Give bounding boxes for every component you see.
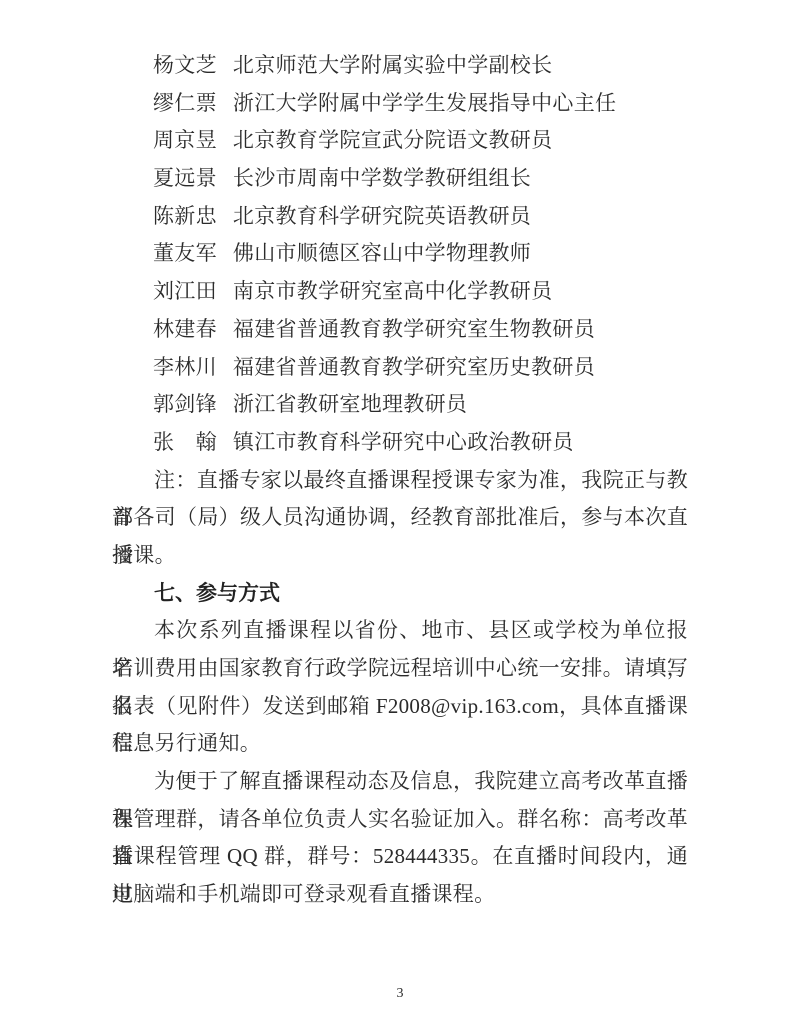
expert-name: 周京昱 <box>153 122 217 160</box>
expert-affiliation: 佛山市顺德区容山中学物理教师 <box>233 241 531 265</box>
expert-affiliation: 浙江省教研室地理教研员 <box>233 392 467 416</box>
expert-affiliation: 南京市教学研究室高中化学教研员 <box>233 279 553 303</box>
page-number: 3 <box>397 986 404 1001</box>
expert-row: 李林川福建省普通教育教学研究室历史教研员 <box>112 349 688 387</box>
expert-affiliation: 北京教育学院宣武分院语文教研员 <box>233 128 553 152</box>
paragraph-line: 电脑端和手机端即可登录观看直播课程。 <box>112 876 688 914</box>
expert-row: 周京昱北京教育学院宣武分院语文教研员 <box>112 122 688 160</box>
expert-row: 张 翰镇江市教育科学研究中心政治教研员 <box>112 424 688 462</box>
note-paragraph: 注：直播专家以最终直播课程授课专家为准，我院正与教育 部各司（局）级人员沟通协调… <box>112 462 688 575</box>
expert-name: 董友军 <box>153 235 217 273</box>
expert-row: 郭剑锋浙江省教研室地理教研员 <box>112 386 688 424</box>
document-page: 杨文芝北京师范大学附属实验中学副校长 缪仁票浙江大学附属中学学生发展指导中心主任… <box>0 0 800 1029</box>
note-line: 部各司（局）级人员沟通协调，经教育部批准后，参与本次直播 <box>112 499 688 537</box>
expert-row: 刘江田南京市教学研究室高中化学教研员 <box>112 273 688 311</box>
page-content: 杨文芝北京师范大学附属实验中学副校长 缪仁票浙江大学附属中学学生发展指导中心主任… <box>112 47 688 914</box>
paragraph-line: 信息另行通知。 <box>112 725 688 763</box>
expert-name: 陈新忠 <box>153 198 217 236</box>
paragraph-registration: 本次系列直播课程以省份、地市、县区或学校为单位报名， 培训费用由国家教育行政学院… <box>112 612 688 763</box>
note-line: 授课。 <box>112 537 688 575</box>
expert-name: 夏远景 <box>153 160 217 198</box>
expert-affiliation: 北京师范大学附属实验中学副校长 <box>233 53 553 77</box>
expert-row: 夏远景长沙市周南中学数学教研组组长 <box>112 160 688 198</box>
expert-row: 杨文芝北京师范大学附属实验中学副校长 <box>112 47 688 85</box>
expert-list: 杨文芝北京师范大学附属实验中学副校长 缪仁票浙江大学附属中学学生发展指导中心主任… <box>112 47 688 462</box>
expert-affiliation: 镇江市教育科学研究中心政治教研员 <box>233 430 574 454</box>
expert-name: 刘江田 <box>153 273 217 311</box>
expert-affiliation: 北京教育科学研究院英语教研员 <box>233 204 531 228</box>
expert-name: 张 翰 <box>153 424 217 462</box>
section-heading: 七、参与方式 <box>112 575 688 613</box>
paragraph-line: 本次系列直播课程以省份、地市、县区或学校为单位报名， <box>112 612 688 650</box>
paragraph-line: 程管理群，请各单位负责人实名验证加入。群名称：高考改革直 <box>112 801 688 839</box>
expert-name: 李林川 <box>153 349 217 387</box>
expert-affiliation: 浙江大学附属中学学生发展指导中心主任 <box>233 91 616 115</box>
expert-row: 缪仁票浙江大学附属中学学生发展指导中心主任 <box>112 85 688 123</box>
paragraph-line: 名表（见附件）发送到邮箱 F2008@vip.163.com，具体直播课程 <box>112 688 688 726</box>
expert-row: 陈新忠北京教育科学研究院英语教研员 <box>112 198 688 236</box>
paragraph-qq-group: 为便于了解直播课程动态及信息，我院建立高考改革直播课 程管理群，请各单位负责人实… <box>112 763 688 914</box>
expert-affiliation: 福建省普通教育教学研究室生物教研员 <box>233 317 595 341</box>
note-line: 注：直播专家以最终直播课程授课专家为准，我院正与教育 <box>112 462 688 500</box>
expert-affiliation: 长沙市周南中学数学教研组组长 <box>233 166 531 190</box>
expert-row: 董友军佛山市顺德区容山中学物理教师 <box>112 235 688 273</box>
expert-name: 缪仁票 <box>153 85 217 123</box>
expert-row: 林建春福建省普通教育教学研究室生物教研员 <box>112 311 688 349</box>
expert-affiliation: 福建省普通教育教学研究室历史教研员 <box>233 355 595 379</box>
paragraph-line: 为便于了解直播课程动态及信息，我院建立高考改革直播课 <box>112 763 688 801</box>
paragraph-line: 播课程管理 QQ 群，群号：528444335。在直播时间段内，通过 <box>112 838 688 876</box>
paragraph-line: 培训费用由国家教育行政学院远程培训中心统一安排。请填写报 <box>112 650 688 688</box>
page-footer: 3 <box>0 984 800 1004</box>
expert-name: 林建春 <box>153 311 217 349</box>
expert-name: 郭剑锋 <box>153 386 217 424</box>
expert-name: 杨文芝 <box>153 47 217 85</box>
